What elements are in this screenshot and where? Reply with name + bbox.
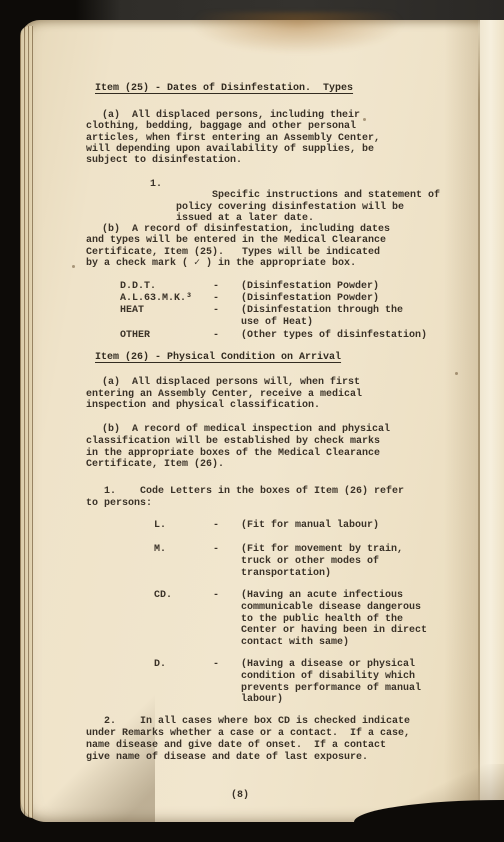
code-letter: L.: [154, 520, 166, 531]
item-26-heading: Item (26) - Physical Condition on Arriva…: [95, 352, 341, 363]
item-25-heading: Item (25) - Dates of Disinfestation. Typ…: [95, 83, 353, 94]
code-letter-desc: (Having a disease or physical condition …: [241, 659, 446, 706]
item-26-paragraph-b: (b) A record of medical inspection and p…: [86, 424, 432, 471]
item-26-paragraph-a: (a) All displaced persons will, when fir…: [86, 377, 432, 412]
disinfestation-term: OTHER: [120, 330, 150, 341]
code-letter: D.: [154, 659, 166, 670]
dash-separator: -: [213, 659, 219, 670]
item-25-paragraph-a: (a) All displaced persons, including the…: [86, 110, 432, 166]
code-letter: M.: [154, 544, 166, 555]
disinfestation-desc: (Disinfestation Powder): [241, 281, 446, 293]
code-letter-desc: (Having an acute infectious communicable…: [241, 590, 446, 649]
dash-separator: -: [213, 293, 219, 304]
disinfestation-desc: (Disinfestation Powder): [241, 293, 446, 305]
item-26-paragraph-2: 2. In all cases where box CD is checked …: [86, 716, 438, 764]
dash-separator: -: [213, 305, 219, 316]
dash-separator: -: [213, 544, 219, 555]
code-letter-desc: (Fit for movement by train, truck or oth…: [241, 544, 446, 579]
disinfestation-term: HEAT: [120, 305, 144, 316]
code-letter-desc: (Fit for manual labour): [241, 520, 446, 532]
dash-separator: -: [213, 330, 219, 341]
item-26-code-letters-intro: 1. Code Letters in the boxes of Item (26…: [86, 486, 432, 510]
dash-separator: -: [213, 590, 219, 601]
disinfestation-term: A.L.63.M.K.³: [120, 293, 192, 304]
page-content: Item (25) - Dates of Disinfestation. Typ…: [0, 0, 504, 842]
disinfestation-term: D.D.T.: [120, 281, 156, 292]
dash-separator: -: [213, 520, 219, 531]
subitem-text: Specific instructions and statement of p…: [176, 190, 440, 224]
dash-separator: -: [213, 281, 219, 292]
code-letter: CD.: [154, 590, 172, 601]
subitem-number: 1.: [150, 179, 162, 190]
disinfestation-desc: (Disinfestation through the use of Heat): [241, 305, 446, 329]
page-number: (8): [210, 790, 270, 801]
item-25-paragraph-b: (b) A record of disinfestation, includin…: [86, 224, 432, 270]
scanned-document-photo: Item (25) - Dates of Disinfestation. Typ…: [0, 0, 504, 842]
disinfestation-desc: (Other types of disinfestation): [241, 330, 446, 342]
